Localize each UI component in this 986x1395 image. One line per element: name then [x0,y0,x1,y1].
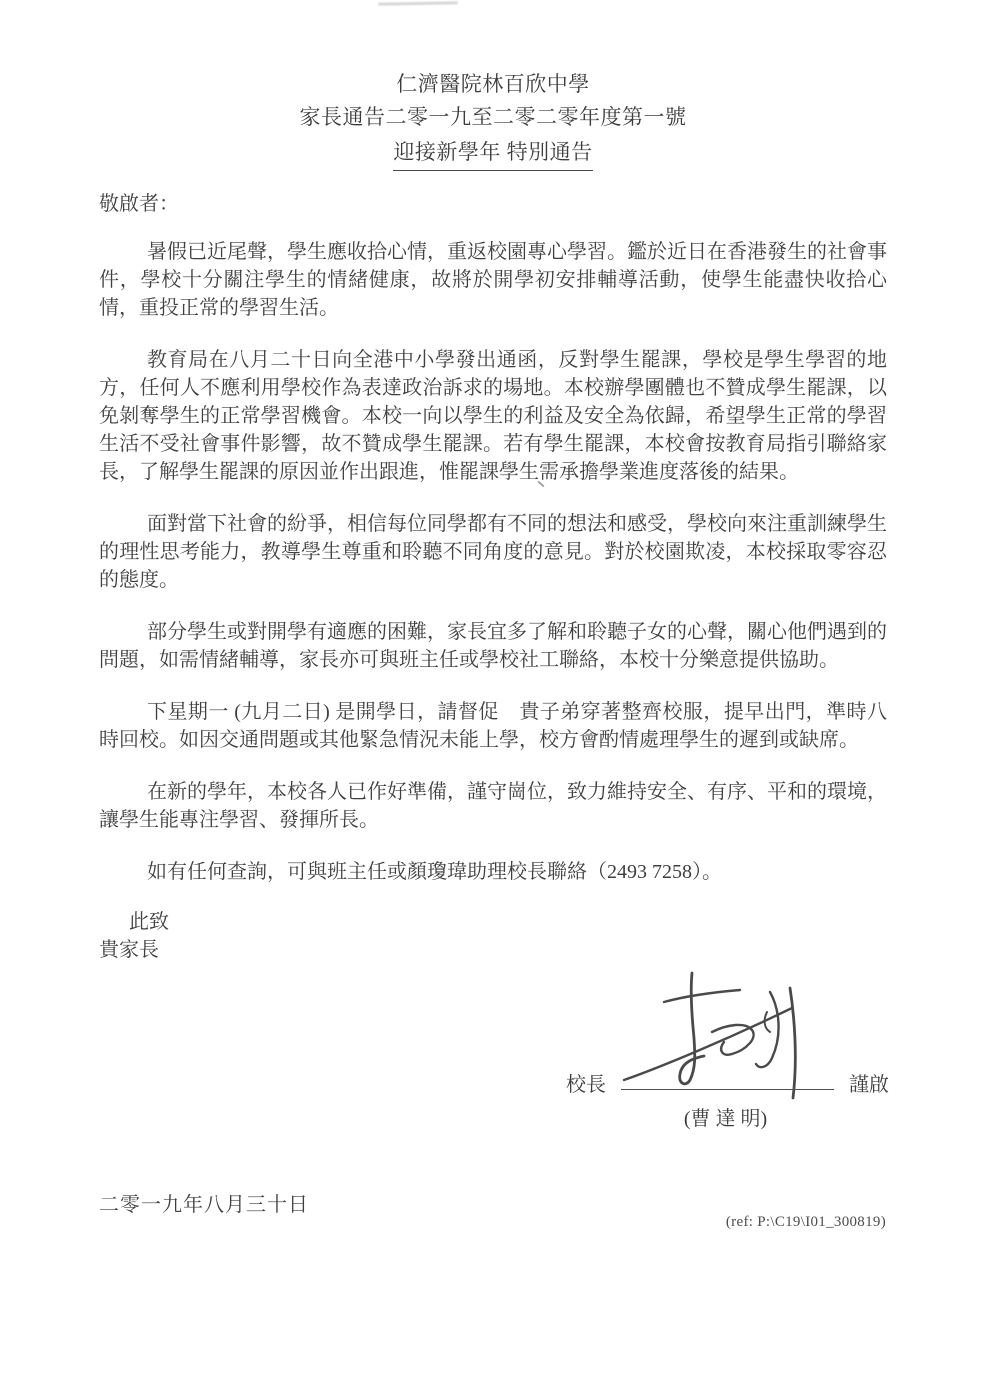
body-paragraph: 下星期一 (九月二日) 是開學日，請督促 貴子弟穿著整齊校服，提早出門，準時八時… [99,698,887,754]
principal-name: (曹 達 明) [638,1102,813,1131]
scan-smudge-artifact [378,1,458,5]
letter-body: 敬啟者： 暑假已近尾聲，學生應收拾心情，重返校園專心學習。鑑於近日在香港發生的社… [99,190,887,964]
notice-number: 家長通告二零一九至二零二零年度第一號 [0,101,986,134]
letter-page: 仁濟醫院林百欣中學 家長通告二零一九至二零二零年度第一號 迎接新學年 特別通告 … [0,0,986,1395]
body-paragraph: 如有任何查詢，可與班主任或顏瓊瑋助理校長聯絡（2493 7258）。 [99,858,887,886]
body-paragraph: 面對當下社會的紛爭，相信每位同學都有不同的想法和感受，學校向來注重訓練學生的理性… [99,510,887,594]
signature-line [621,1089,834,1090]
body-paragraph: 部分學生或對開學有適應的困難，家長宜多了解和聆聽子女的心聲，關心他們遇到的問題，… [99,618,887,674]
letter-date: 二零一九年八月三十日 [99,1188,309,1217]
principal-signature-ink [620,970,815,1105]
body-paragraph: 在新的學年，本校各人已作好準備，謹守崗位，致力維持安全、有序、平和的環境，讓學生… [99,778,887,834]
subject-line: 迎接新學年 特別通告 [0,136,986,171]
school-name: 仁濟醫院林百欣中學 [0,68,986,101]
salutation: 敬啟者： [99,190,887,218]
signature-respectful-closing: 謹啟 [849,1068,889,1097]
reference-number: (ref: P:\C19\I01_300819) [726,1214,886,1231]
closing-recipient: 貴家長 [99,936,887,964]
closing-valediction: 此致 [99,908,887,936]
notice-subject: 迎接新學年 特別通告 [393,136,592,171]
signature-role-label: 校長 [566,1068,606,1097]
body-paragraph: 教育局在八月二十日向全港中小學發出通函，反對學生罷課，學校是學生學習的地方，任何… [99,346,887,486]
body-paragraph: 暑假已近尾聲，學生應收拾心情，重返校園專心學習。鑑於近日在香港發生的社會事件，學… [99,238,887,322]
letter-header: 仁濟醫院林百欣中學 家長通告二零一九至二零二零年度第一號 迎接新學年 特別通告 [0,68,986,171]
